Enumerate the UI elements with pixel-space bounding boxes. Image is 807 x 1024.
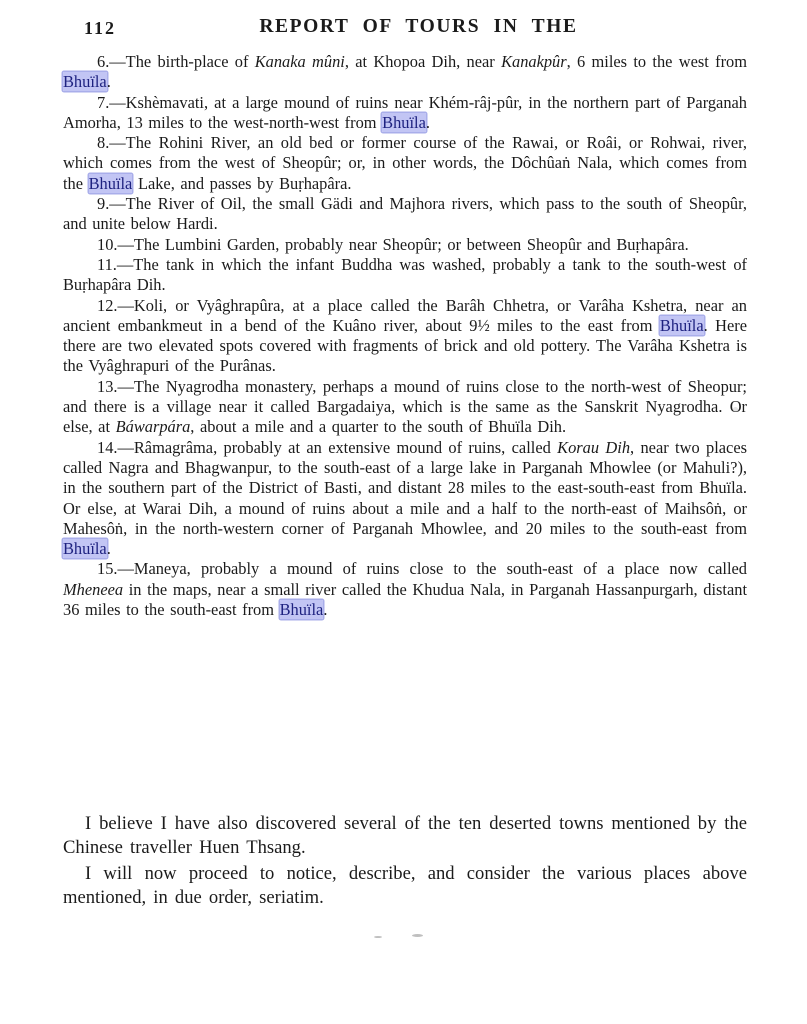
text-run: 15.—Maneya, probably a mound of ruins cl… bbox=[97, 559, 747, 578]
list-paragraphs: 6.—The birth-place of Kanaka mûni, at Kh… bbox=[63, 52, 747, 620]
text-run: I will now proceed to notice, describe, … bbox=[63, 863, 747, 908]
text-run: . bbox=[426, 113, 430, 132]
item-9: 9.—The River of Oil, the small Gädi and … bbox=[63, 194, 747, 235]
item-6: 6.—The birth-place of Kanaka mûni, at Kh… bbox=[63, 52, 747, 93]
text-run: 9.—The River of Oil, the small Gädi and … bbox=[63, 194, 747, 233]
highlighted-term: Bhuïla bbox=[280, 600, 324, 619]
italic-place-name: Kanakpûr bbox=[501, 52, 567, 71]
text-run: . bbox=[107, 72, 111, 91]
item-8: 8.—The Rohini River, an old bed or forme… bbox=[63, 133, 747, 194]
item-12: 12.—Koli, or Vyâghrapûra, at a place cal… bbox=[63, 296, 747, 377]
text-run: Lake, and passes by Buṛhapâra. bbox=[132, 174, 351, 193]
text-run: , about a mile and a quarter to the sout… bbox=[190, 417, 566, 436]
item-15: 15.—Maneya, probably a mound of ruins cl… bbox=[63, 559, 747, 620]
text-run: . bbox=[323, 600, 327, 619]
closing-paragraphs: I believe I have also discovered several… bbox=[63, 812, 747, 912]
highlighted-term: Bhuïla bbox=[63, 72, 107, 91]
closing-2: I will now proceed to notice, describe, … bbox=[63, 862, 747, 911]
page-header: 112 REPORT OF TOURS IN THE bbox=[0, 16, 807, 46]
text-run: I believe I have also discovered several… bbox=[63, 813, 747, 858]
text-run: 12.—Koli, or Vyâghrapûra, at a place cal… bbox=[63, 296, 747, 335]
item-14: 14.—Râmagrâma, probably at an extensive … bbox=[63, 438, 747, 560]
text-run: in the maps, near a small river called t… bbox=[63, 580, 747, 619]
text-run: 11.—The tank in which the infant Buddha … bbox=[63, 255, 747, 294]
italic-place-name: Báwarpára bbox=[116, 417, 191, 436]
text-run: , at Khopoa Dih, near bbox=[345, 52, 501, 71]
highlighted-term: Bhuïla bbox=[660, 316, 704, 335]
scanned-book-page: 112 REPORT OF TOURS IN THE 6.—The birth-… bbox=[0, 0, 807, 1024]
closing-1: I believe I have also discovered several… bbox=[63, 812, 747, 861]
item-7: 7.—Kshèmavati, at a large mound of ruins… bbox=[63, 93, 747, 134]
italic-place-name: Kanaka mûni bbox=[255, 52, 345, 71]
italic-place-name: Korau Dih bbox=[557, 438, 630, 457]
scan-artifact-dot bbox=[733, 407, 738, 412]
highlighted-term: Bhuïla bbox=[89, 174, 133, 193]
text-run: 14.—Râmagrâma, probably at an extensive … bbox=[97, 438, 557, 457]
text-run: , 6 miles to the west from bbox=[567, 52, 747, 71]
italic-place-name: Mheneea bbox=[63, 580, 123, 599]
text-run: 6.—The birth-place of bbox=[97, 52, 255, 71]
item-13: 13.—The Nyagrodha monastery, perhaps a m… bbox=[63, 377, 747, 438]
item-10: 10.—The Lumbini Garden, probably near Sh… bbox=[63, 235, 747, 255]
scan-artifact-dot bbox=[374, 936, 382, 938]
running-title: REPORT OF TOURS IN THE bbox=[90, 16, 747, 38]
scan-artifact-dot bbox=[412, 934, 423, 937]
text-run: 10.—The Lumbini Garden, probably near Sh… bbox=[97, 235, 689, 254]
highlighted-term: Bhuïla bbox=[382, 113, 426, 132]
text-run: . bbox=[107, 539, 111, 558]
item-11: 11.—The tank in which the infant Buddha … bbox=[63, 255, 747, 296]
highlighted-term: Bhuïla bbox=[63, 539, 107, 558]
